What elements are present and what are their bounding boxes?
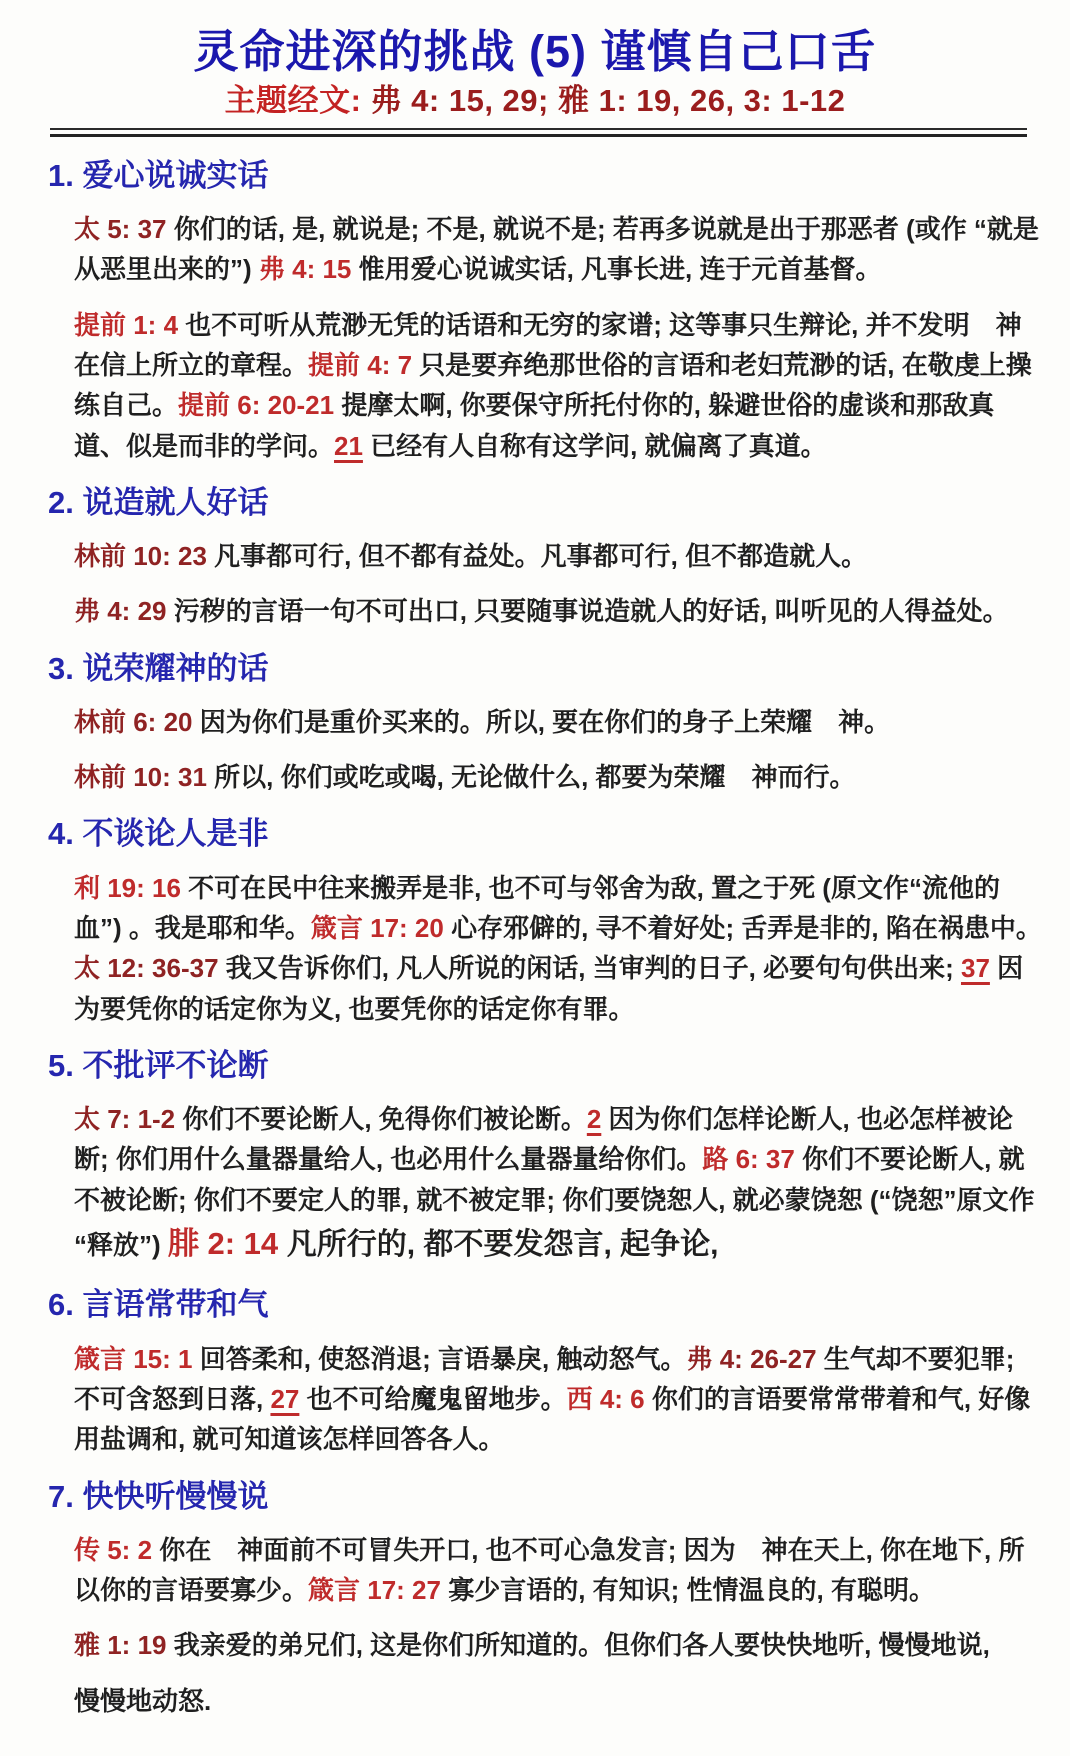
section: 2. 说造就人好话林前 10: 23 凡事都可行, 但不都有益处。凡事都可行, … bbox=[48, 484, 1044, 632]
section-title: 不批评不论断 bbox=[82, 1048, 268, 1083]
section-title: 快快听慢慢说 bbox=[82, 1479, 268, 1514]
scripture-ref: 传 5: 2 bbox=[74, 1535, 159, 1565]
document-header: 灵命进深的挑战 (5) 谨慎自己口舌 主题经文: 弗 4: 15, 29; 雅 … bbox=[0, 0, 1070, 137]
scripture-ref: 提前 1: 4 bbox=[74, 310, 185, 340]
section: 7. 快快听慢慢说传 5: 2 你在 神面前不可冒失开口, 也不可心急发言; 因… bbox=[48, 1478, 1044, 1721]
scripture-text: 污秽的言语一句不可出口, 只要随事说造就人的好话, 叫听见的人得益处。 bbox=[174, 596, 1009, 626]
section-number: 1. bbox=[48, 158, 82, 193]
scripture-ref: 林前 10: 23 bbox=[74, 541, 214, 571]
scripture-paragraph: 弗 4: 29 污秽的言语一句不可出口, 只要随事说造就人的好话, 叫听见的人得… bbox=[74, 591, 1044, 631]
section: 4. 不谈论人是非利 19: 16 不可在民中往来搬弄是非, 也不可与邻舍为敌,… bbox=[48, 815, 1044, 1028]
section-number: 7. bbox=[48, 1479, 82, 1514]
sections-container: 1. 爱心说诚实话太 5: 37 你们的话, 是, 就说是; 不是, 就说不是;… bbox=[0, 137, 1070, 1721]
scripture-text: 寡少言语的, 有知识; 性情温良的, 有聪明。 bbox=[448, 1575, 935, 1605]
section-heading: 6. 言语常带和气 bbox=[48, 1286, 1044, 1323]
section-number: 2. bbox=[48, 485, 82, 520]
section-number: 5. bbox=[48, 1048, 82, 1083]
section: 1. 爱心说诚实话太 5: 37 你们的话, 是, 就说是; 不是, 就说不是;… bbox=[48, 157, 1044, 466]
scripture-paragraph: 雅 1: 19 我亲爱的弟兄们, 这是你们所知道的。但你们各人要快快地听, 慢慢… bbox=[74, 1625, 1044, 1665]
scripture-text: 已经有人自称有这学问, 就偏离了真道。 bbox=[363, 431, 827, 461]
scripture-ref: 西 4: 6 bbox=[567, 1384, 652, 1414]
scripture-paragraph: 太 7: 1-2 你们不要论断人, 免得你们被论断。2 因为你们怎样论断人, 也… bbox=[74, 1099, 1044, 1268]
section-heading: 1. 爱心说诚实话 bbox=[48, 157, 1044, 194]
scripture-ref: 利 19: 16 bbox=[74, 873, 188, 903]
scripture-ref: 腓 2: 14 bbox=[168, 1226, 287, 1261]
scripture-ref: 太 7: 1-2 bbox=[74, 1104, 182, 1134]
scripture-ref: 弗 4: 15 bbox=[259, 254, 359, 284]
section-heading: 2. 说造就人好话 bbox=[48, 484, 1044, 521]
scripture-text: 凡事都可行, 但不都有益处。凡事都可行, 但不都造就人。 bbox=[214, 541, 867, 571]
scripture-text: 凡所行的, 都不要发怨言, 起争论, bbox=[287, 1228, 719, 1261]
scripture-text: 慢慢地动怒. bbox=[74, 1686, 211, 1716]
scripture-ref: 林前 6: 20 bbox=[74, 707, 200, 737]
title-divider bbox=[50, 128, 1027, 137]
scripture-paragraph: 传 5: 2 你在 神面前不可冒失开口, 也不可心急发言; 因为 神在天上, 你… bbox=[74, 1530, 1044, 1611]
scripture-text: 所以, 你们或吃或喝, 无论做什么, 都要为荣耀 神而行。 bbox=[214, 762, 855, 792]
section-number: 4. bbox=[48, 816, 82, 851]
scripture-text: 你们不要论断人, 免得你们被论断。 bbox=[182, 1104, 586, 1134]
section-number: 6. bbox=[48, 1287, 82, 1322]
scripture-text: 惟用爱心说诚实话, 凡事长进, 连于元首基督。 bbox=[359, 254, 882, 284]
section: 6. 言语常带和气箴言 15: 1 回答柔和, 使怒消退; 言语暴戾, 触动怒气… bbox=[48, 1286, 1044, 1459]
scripture-paragraph: 提前 1: 4 也不可听从荒渺无凭的话语和无穷的家谱; 这等事只生辩论, 并不发… bbox=[74, 305, 1044, 466]
subtitle-references: 弗 4: 15, 29; 雅 1: 19, 26, 3: 1-12 bbox=[371, 83, 846, 118]
scripture-ref: 21 bbox=[334, 431, 363, 461]
section-title: 说荣耀神的话 bbox=[82, 651, 268, 686]
scripture-ref: 2 bbox=[587, 1104, 601, 1134]
scripture-paragraph: 箴言 15: 1 回答柔和, 使怒消退; 言语暴戾, 触动怒气。弗 4: 26-… bbox=[74, 1339, 1044, 1460]
scripture-text: 回答柔和, 使怒消退; 言语暴戾, 触动怒气。 bbox=[200, 1344, 687, 1374]
scripture-ref: 林前 10: 31 bbox=[74, 762, 214, 792]
scripture-ref: 箴言 17: 20 bbox=[311, 913, 451, 943]
scripture-ref: 雅 1: 19 bbox=[74, 1630, 174, 1660]
section-heading: 7. 快快听慢慢说 bbox=[48, 1478, 1044, 1515]
scripture-text: 心存邪僻的, 寻不着好处; 舌弄是非的, 陷在祸患中。 bbox=[451, 913, 1042, 943]
scripture-ref: 路 6: 37 bbox=[702, 1144, 802, 1174]
section-heading: 3. 说荣耀神的话 bbox=[48, 650, 1044, 687]
scripture-paragraph: 林前 6: 20 因为你们是重价买来的。所以, 要在你们的身子上荣耀 神。 bbox=[74, 702, 1044, 742]
scripture-ref: 箴言 15: 1 bbox=[74, 1344, 200, 1374]
scripture-text: 我又告诉你们, 凡人所说的闲话, 当审判的日子, 必要句句供出来; bbox=[226, 953, 961, 983]
scripture-paragraph: 林前 10: 23 凡事都可行, 但不都有益处。凡事都可行, 但不都造就人。 bbox=[74, 536, 1044, 576]
scripture-paragraph: 慢慢地动怒. bbox=[74, 1681, 1044, 1721]
section-heading: 5. 不批评不论断 bbox=[48, 1047, 1044, 1084]
scripture-ref: 提前 6: 20-21 bbox=[178, 390, 341, 420]
scripture-ref: 太 12: 36-37 bbox=[74, 953, 226, 983]
section-title: 不谈论人是非 bbox=[82, 816, 268, 851]
document-page: 灵命进深的挑战 (5) 谨慎自己口舌 主题经文: 弗 4: 15, 29; 雅 … bbox=[0, 0, 1070, 1756]
page-subtitle: 主题经文: 弗 4: 15, 29; 雅 1: 19, 26, 3: 1-12 bbox=[0, 82, 1070, 119]
scripture-ref: 弗 4: 26-27 bbox=[687, 1344, 824, 1374]
scripture-ref: 27 bbox=[270, 1384, 299, 1414]
page-title: 灵命进深的挑战 (5) 谨慎自己口舌 bbox=[0, 26, 1070, 78]
scripture-ref: 箴言 17: 27 bbox=[308, 1575, 448, 1605]
section-title: 爱心说诚实话 bbox=[82, 158, 268, 193]
section: 3. 说荣耀神的话林前 6: 20 因为你们是重价买来的。所以, 要在你们的身子… bbox=[48, 650, 1044, 798]
section-heading: 4. 不谈论人是非 bbox=[48, 815, 1044, 852]
scripture-ref: 弗 4: 29 bbox=[74, 596, 174, 626]
section-title: 言语常带和气 bbox=[82, 1287, 268, 1322]
scripture-text: 因为你们是重价买来的。所以, 要在你们的身子上荣耀 神。 bbox=[200, 707, 890, 737]
section: 5. 不批评不论断太 7: 1-2 你们不要论断人, 免得你们被论断。2 因为你… bbox=[48, 1047, 1044, 1269]
scripture-paragraph: 林前 10: 31 所以, 你们或吃或喝, 无论做什么, 都要为荣耀 神而行。 bbox=[74, 757, 1044, 797]
scripture-paragraph: 太 5: 37 你们的话, 是, 就说是; 不是, 就说不是; 若再多说就是出于… bbox=[74, 209, 1044, 290]
scripture-text: 也不可给魔鬼留地步。 bbox=[299, 1384, 566, 1414]
section-title: 说造就人好话 bbox=[82, 485, 268, 520]
subtitle-label: 主题经文: bbox=[225, 83, 371, 118]
scripture-text: 我亲爱的弟兄们, 这是你们所知道的。但你们各人要快快地听, 慢慢地说, bbox=[174, 1630, 990, 1660]
scripture-paragraph: 利 19: 16 不可在民中往来搬弄是非, 也不可与邻舍为敌, 置之于死 (原文… bbox=[74, 868, 1044, 1029]
scripture-ref: 太 5: 37 bbox=[74, 214, 174, 244]
scripture-ref: 37 bbox=[961, 953, 990, 983]
section-number: 3. bbox=[48, 651, 82, 686]
scripture-ref: 提前 4: 7 bbox=[308, 350, 419, 380]
